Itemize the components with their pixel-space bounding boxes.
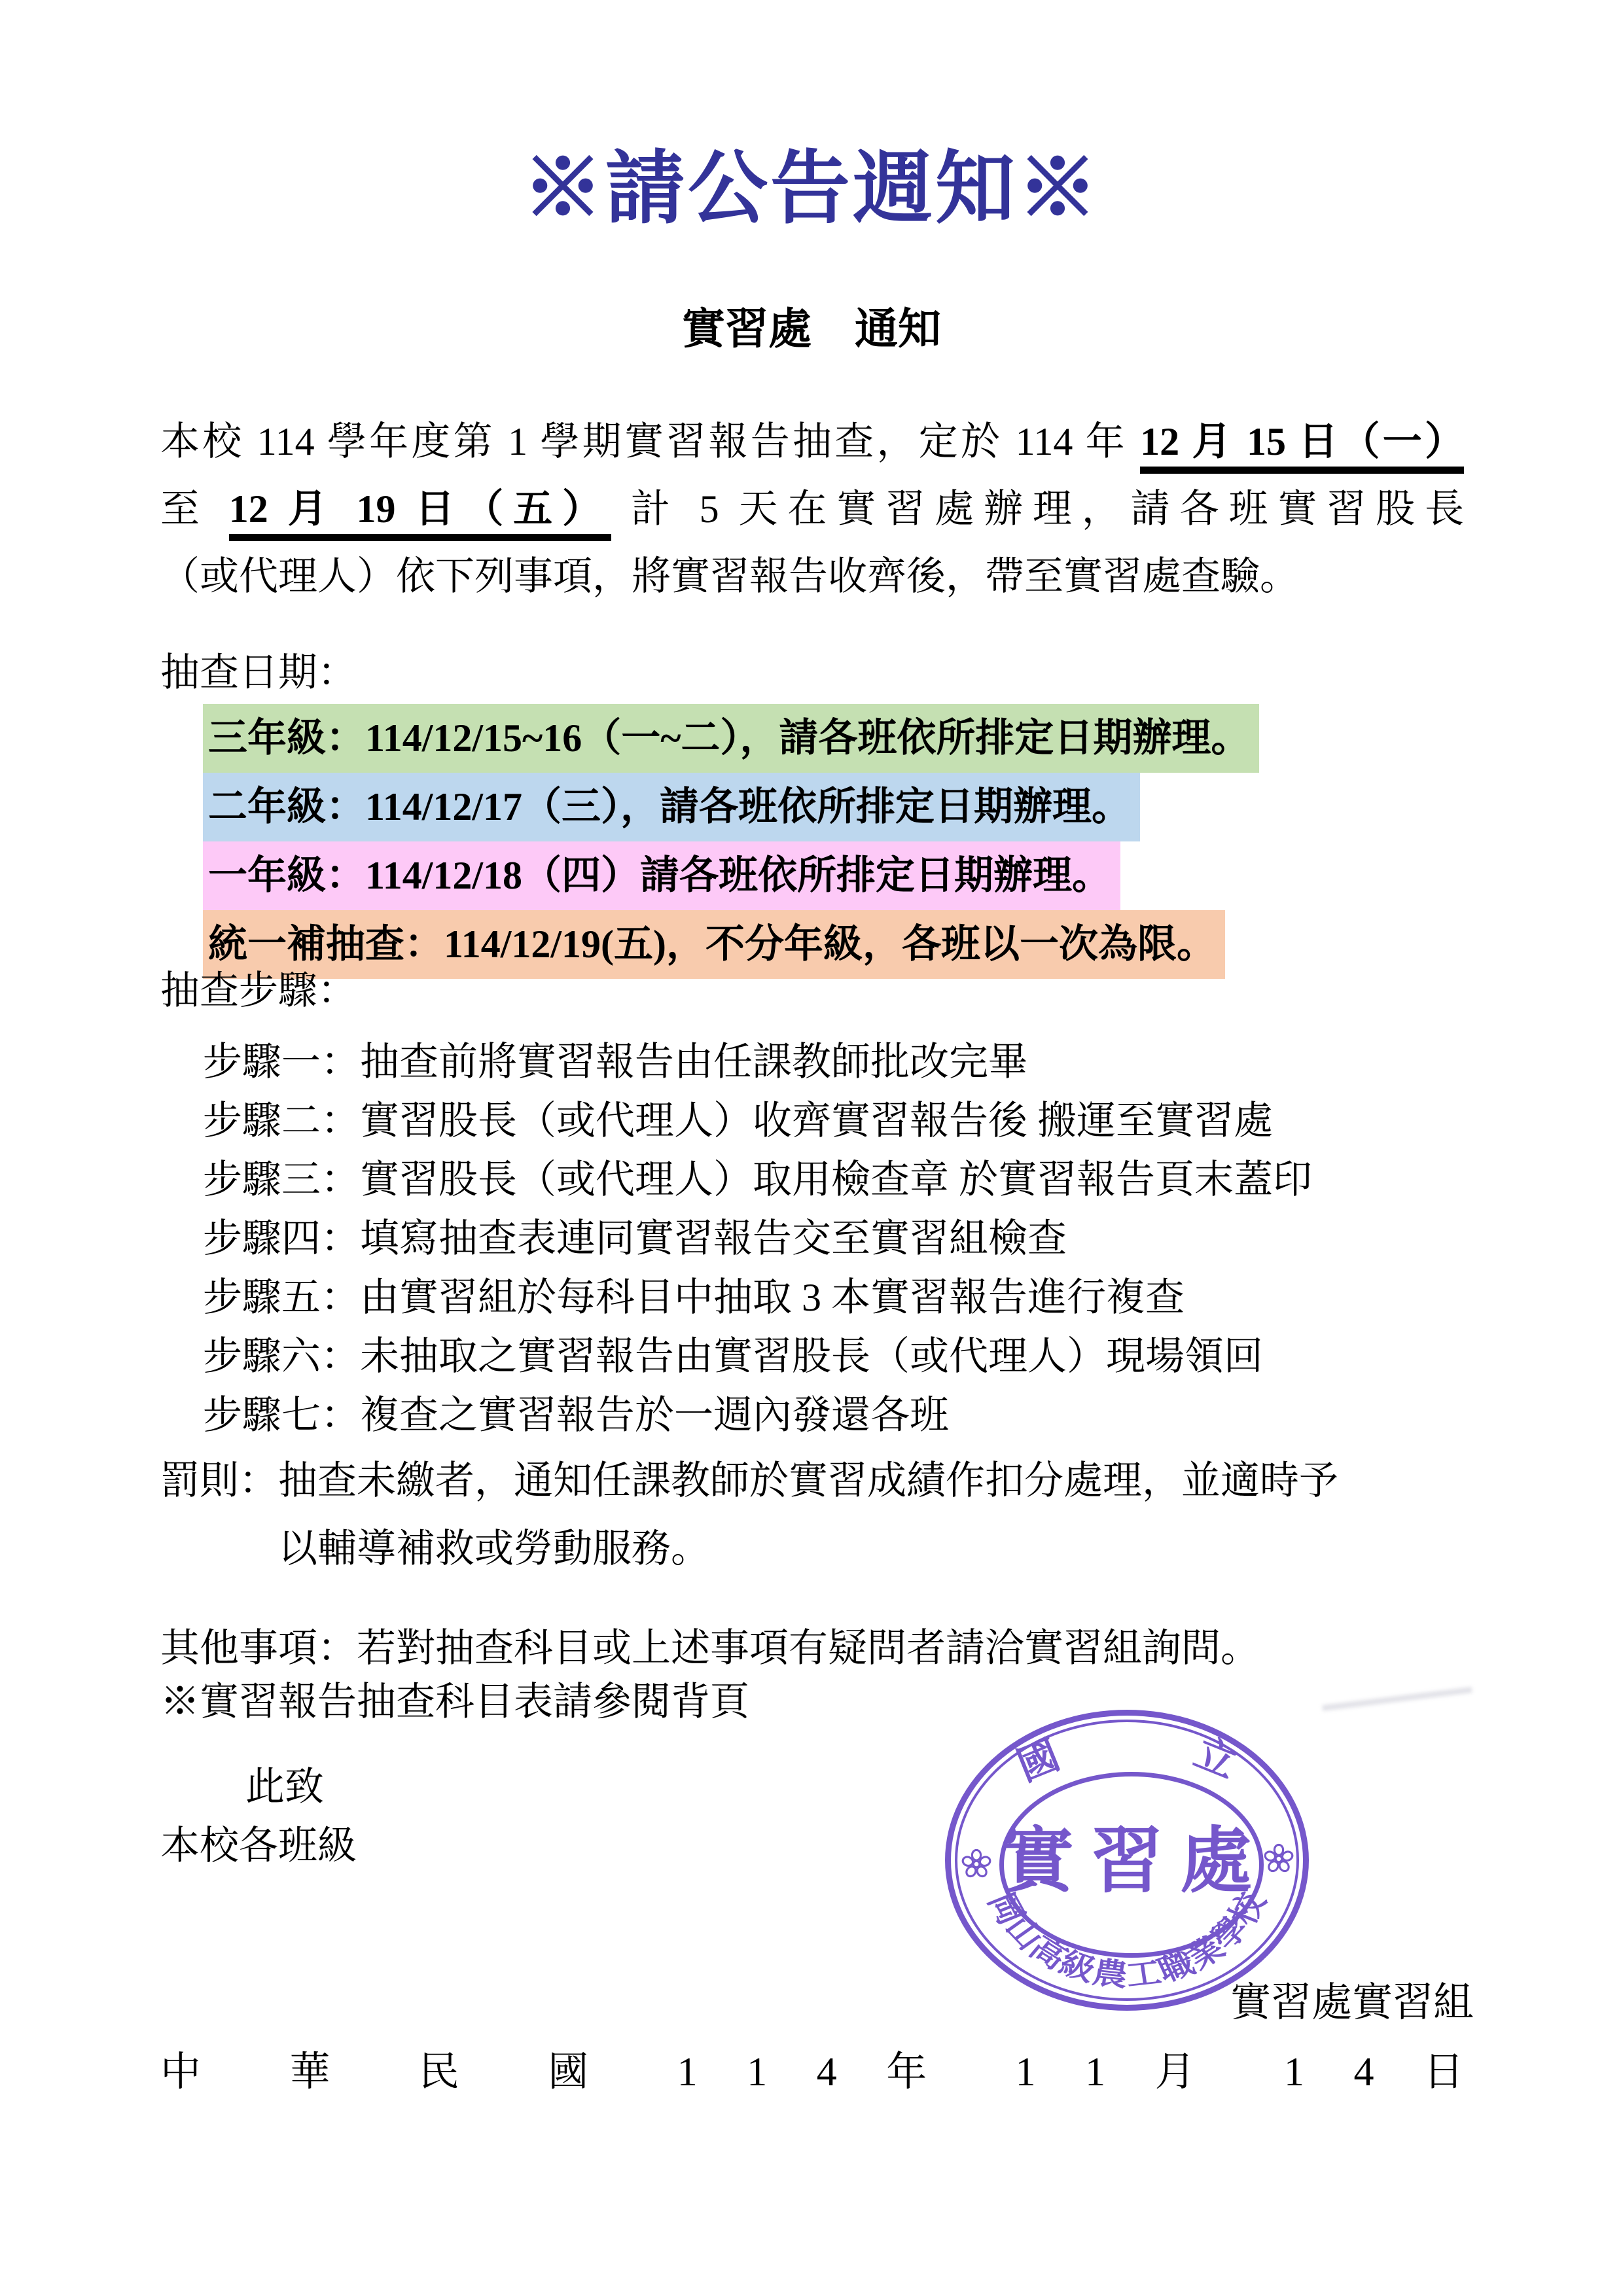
step-1: 步驟一：抽查前將實習報告由任課教師批改完畢: [203, 1033, 1512, 1091]
date-row-grade3: 三年級：114/12/15~16（一~二），請各班依所排定日期辦理。: [203, 704, 1512, 773]
body-paragraph-line-2: 至 12 月 19 日（五） 計 5 天在實習處辦理，請各班實習股長: [160, 487, 1464, 531]
scan-artifact: [1322, 1687, 1472, 1711]
date-row-grade3-text: 三年級：114/12/15~16（一~二），請各班依所排定日期辦理。: [203, 704, 1259, 773]
steps-list: 步驟一：抽查前將實習報告由任課教師批改完畢 步驟二：實習股長（或代理人）收齊實習…: [203, 1033, 1512, 1445]
roc-date-line: 中 華 民 國 1 1 4 年 1 1 月 1 4 日: [160, 2049, 1464, 2095]
date-row-grade2-text: 二年級：114/12/17（三），請各班依所排定日期辦理。: [203, 773, 1140, 841]
date-row-makeup: 統一補抽查：114/12/19(五)，不分年級，各班以一次為限。: [203, 910, 1512, 979]
dates-section-heading: 抽查日期：: [160, 652, 357, 694]
body-paragraph-line-1: 本校 114 學年度第 1 學期實習報告抽查，定於 114 年 12 月 15 …: [160, 420, 1464, 463]
issuing-unit: 實習處實習組: [1230, 1981, 1474, 2024]
page-title: ※請公告週知※: [0, 147, 1623, 232]
step-5: 步驟五：由實習組於每科目中抽取 3 本實習報告進行複查: [203, 1268, 1512, 1327]
date-row-grade1: 一年級：114/12/18（四）請各班依所排定日期辦理。: [203, 841, 1512, 910]
date-row-grade1-text: 一年級：114/12/18（四）請各班依所排定日期辦理。: [203, 841, 1120, 910]
doc-subtitle: 實習處 通知: [0, 306, 1623, 353]
notice-page: ※請公告週知※ 實習處 通知 本校 114 學年度第 1 學期實習報告抽查，定於…: [0, 0, 1623, 2296]
step-3: 步驟三：實習股長（或代理人）取用檢查章 於實習報告頁末蓋印: [203, 1150, 1512, 1209]
step-4: 步驟四：填寫抽查表連同實習報告交至實習組檢查: [203, 1209, 1512, 1268]
date-row-grade2: 二年級：114/12/17（三），請各班依所排定日期辦理。: [203, 773, 1512, 841]
inspection-date-list: 三年級：114/12/15~16（一~二），請各班依所排定日期辦理。 二年級：1…: [203, 704, 1512, 979]
step-2: 步驟二：實習股長（或代理人）收齊實習報告後 搬運至實習處: [203, 1091, 1512, 1150]
step-6: 步驟六：未抽取之實習報告由實習股長（或代理人）現場領回: [203, 1327, 1512, 1386]
penalty-line-2: 以輔導補救或勞動服務。: [278, 1527, 710, 1570]
back-page-note: ※實習報告抽查科目表請參閱背頁: [160, 1680, 749, 1723]
official-seal: 國 立 實習處 岡山高級農工職業學校: [945, 1710, 1309, 2011]
body-paragraph-line-3: （或代理人）依下列事項，將實習報告收齊後，帶至實習處查驗。: [160, 555, 1464, 598]
closing-salute: 此致: [245, 1765, 324, 1809]
penalty-line-1: 罰則：抽查未繳者，通知任課教師於實習成績作扣分處理，並適時予: [160, 1459, 1338, 1502]
other-matters-line: 其他事項：若對抽查科目或上述事項有疑問者請洽實習組詢問。: [160, 1627, 1260, 1670]
steps-section-heading: 抽查步驟：: [160, 970, 357, 1012]
closing-recipient: 本校各班級: [160, 1824, 357, 1867]
step-7: 步驟七：複查之實習報告於一週內發還各班: [203, 1386, 1512, 1445]
